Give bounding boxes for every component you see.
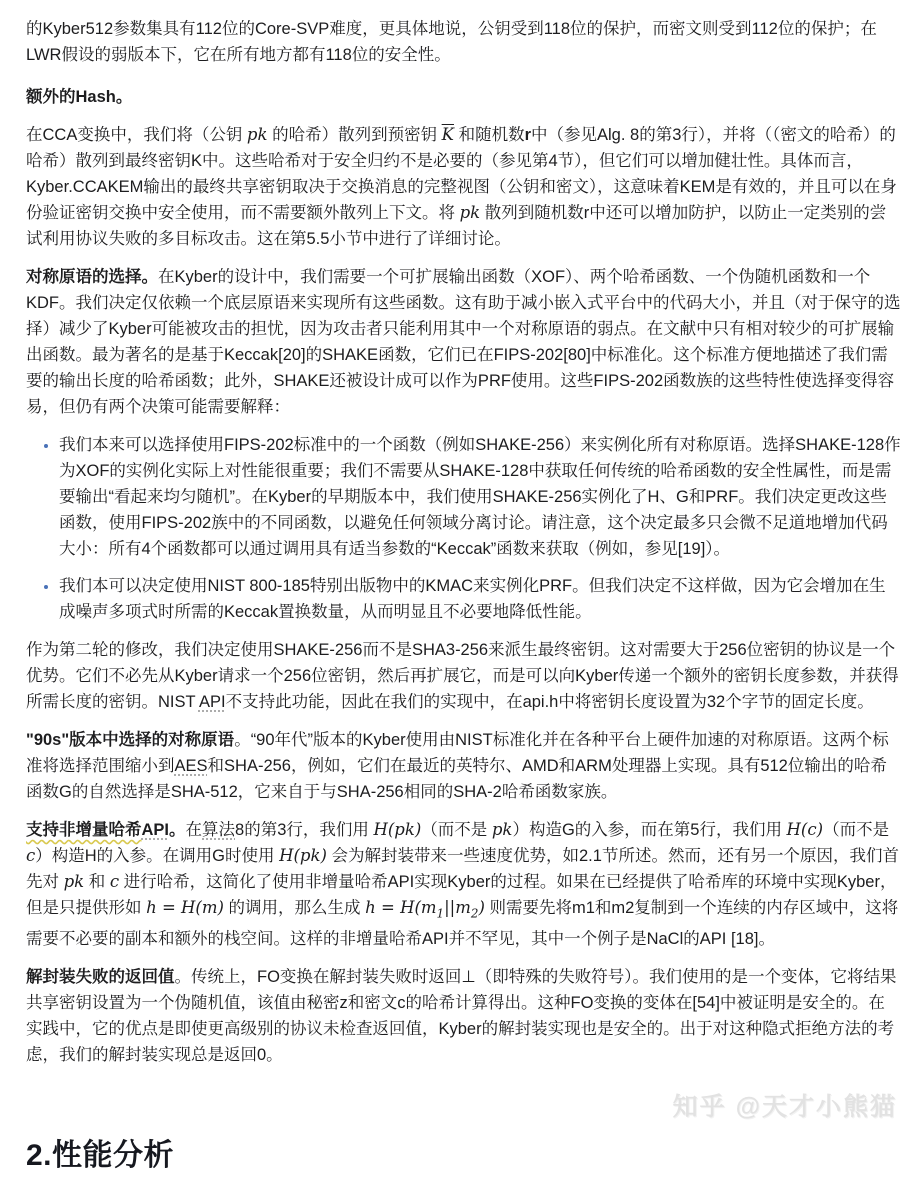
- bullet-fips202: 我们本来可以选择使用FIPS-202标准中的一个函数（例如SHAKE-256）来…: [59, 432, 901, 562]
- paragraph-cca-transform: 在CCA变换中，我们将（公钥 pk 的哈希）散列到预密钥 K 和随机数r中（参见…: [26, 122, 901, 252]
- heading-extra-hash: 额外的Hash。: [26, 84, 901, 110]
- paragraph-symmetric-primitives: 对称原语的选择。在Kyber的设计中，我们需要一个可扩展输出函数（XOF）、两个…: [26, 264, 901, 420]
- section-heading-performance: 2.性能分析: [26, 1138, 901, 1174]
- paragraph-decaps-return: 解封装失败的返回值。传统上，FO变换在解封装失败时返回⊥（即特殊的失败符号）。我…: [26, 964, 901, 1068]
- bullet-kmac: 我们本可以决定使用NIST 800-185特别出版物中的KMAC来实例化PRF。…: [59, 573, 901, 625]
- article: 的Kyber512参数集具有112位的Core-SVP难度，更具体地说，公钥受到…: [26, 16, 901, 1068]
- paragraph-kyber512: 的Kyber512参数集具有112位的Core-SVP难度，更具体地说，公钥受到…: [26, 16, 901, 68]
- bullet-list: 我们本来可以选择使用FIPS-202标准中的一个函数（例如SHAKE-256）来…: [26, 432, 901, 625]
- paragraph-non-incremental-hash: 支持非增量哈希API。在算法8的第3行，我们用 H(pk)（而不是 pk）构造G…: [26, 817, 901, 952]
- watermark-row: 知乎 @天才小熊猫: [26, 1094, 901, 1124]
- zhihu-watermark: 知乎 @天才小熊猫: [673, 1093, 897, 1121]
- paragraph-90s-primitives: "90s"版本中选择的对称原语。“90年代”版本的Kyber使用由NIST标准化…: [26, 727, 901, 805]
- paragraph-round2-change: 作为第二轮的修改，我们决定使用SHAKE-256而不是SHA3-256来派生最终…: [26, 637, 901, 715]
